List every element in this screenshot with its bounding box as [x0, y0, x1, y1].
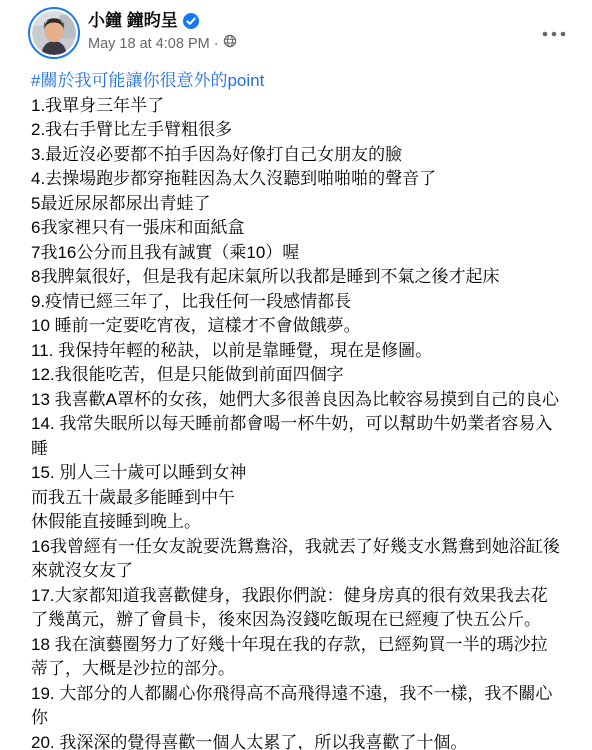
post-text-line: 8我脾氣很好，但是我有起床氣所以我都是睡到不氣之後才起床 [31, 265, 562, 290]
post-text-line: 9.疫情已經三年了，比我任何一段感情都長 [31, 290, 562, 315]
timestamp[interactable]: May 18 at 4:08 PM [88, 35, 210, 54]
separator: · [214, 35, 219, 54]
post-header: 小鐘 鐘昀呈 May 18 at 4:08 PM · [0, 0, 592, 63]
post-text-line: 休假能直接睡到晚上。 [31, 510, 562, 535]
post-text-line: 11. 我保持年輕的秘訣，以前是靠睡覺，現在是修圖。 [31, 339, 562, 364]
globe-icon [223, 34, 237, 54]
post-text-line: 20. 我深深的覺得喜歡一個人太累了，所以我喜歡了十個。 [31, 731, 562, 750]
more-options-button[interactable] [538, 18, 570, 50]
ellipsis-icon [542, 30, 566, 38]
post-text-line: 10 睡前一定要吃宵夜，這樣才不會做餓夢。 [31, 314, 562, 339]
post-text-line: 3.最近沒必要都不拍手因為好像打自己女朋友的臉 [31, 143, 562, 168]
avatar-image [32, 11, 76, 55]
post-text-line: 19. 大部分的人都關心你飛得高不高飛得遠不遠，我不一樣，我不關心你 [31, 682, 562, 731]
post-text-line: 15. 別人三十歲可以睡到女神 [31, 461, 562, 486]
post-text-line: 2.我右手臂比左手臂粗很多 [31, 118, 562, 143]
avatar[interactable] [28, 7, 80, 59]
post-text-line: 13 我喜歡A罩杯的女孩，她們大多很善良因為比較容易摸到自己的良心 [31, 388, 562, 413]
post-lines: 1.我單身三年半了 2.我右手臂比左手臂粗很多 3.最近沒必要都不拍手因為好像打… [31, 94, 562, 750]
post-text-line: 5最近尿尿都尿出青蛙了 [31, 192, 562, 217]
post-text-line: 而我五十歲最多能睡到中午 [31, 486, 562, 511]
hashtag-link[interactable]: #關於我可能讓你很意外的point [31, 69, 562, 94]
post-text-line: 16我曾經有一任女友說要洗鴛鴦浴，我就丟了好幾支水鴛鴦到她浴缸後來就沒女友了 [31, 535, 562, 584]
facebook-post: 小鐘 鐘昀呈 May 18 at 4:08 PM · [0, 0, 592, 750]
post-text-line: 7我16公分而且我有誠實（乘10）喔 [31, 241, 562, 266]
post-text-line: 14. 我常失眠所以每天睡前都會喝一杯牛奶，可以幫助牛奶業者容易入睡 [31, 412, 562, 461]
verified-badge-icon [183, 13, 199, 29]
post-text-line: 1.我單身三年半了 [31, 94, 562, 119]
author-name[interactable]: 小鐘 鐘昀呈 [88, 10, 178, 31]
post-text-line: 4.去操場跑步都穿拖鞋因為太久沒聽到啪啪啪的聲音了 [31, 167, 562, 192]
post-meta: May 18 at 4:08 PM · [88, 34, 237, 54]
post-text-line: 18 我在演藝圈努力了好幾十年現在我的存款，已經夠買一半的瑪沙拉蒂了，大概是沙拉… [31, 633, 562, 682]
post-text-line: 6我家裡只有一張床和面紙盒 [31, 216, 562, 241]
post-text-line: 12.我很能吃苦，但是只能做到前面四個字 [31, 363, 562, 388]
post-text-line: 17.大家都知道我喜歡健身，我跟你們說：健身房真的很有效果我去花了幾萬元，辦了會… [31, 584, 562, 633]
post-header-text: 小鐘 鐘昀呈 May 18 at 4:08 PM · [88, 7, 237, 54]
post-content: #關於我可能讓你很意外的point 1.我單身三年半了 2.我右手臂比左手臂粗很… [0, 69, 592, 750]
